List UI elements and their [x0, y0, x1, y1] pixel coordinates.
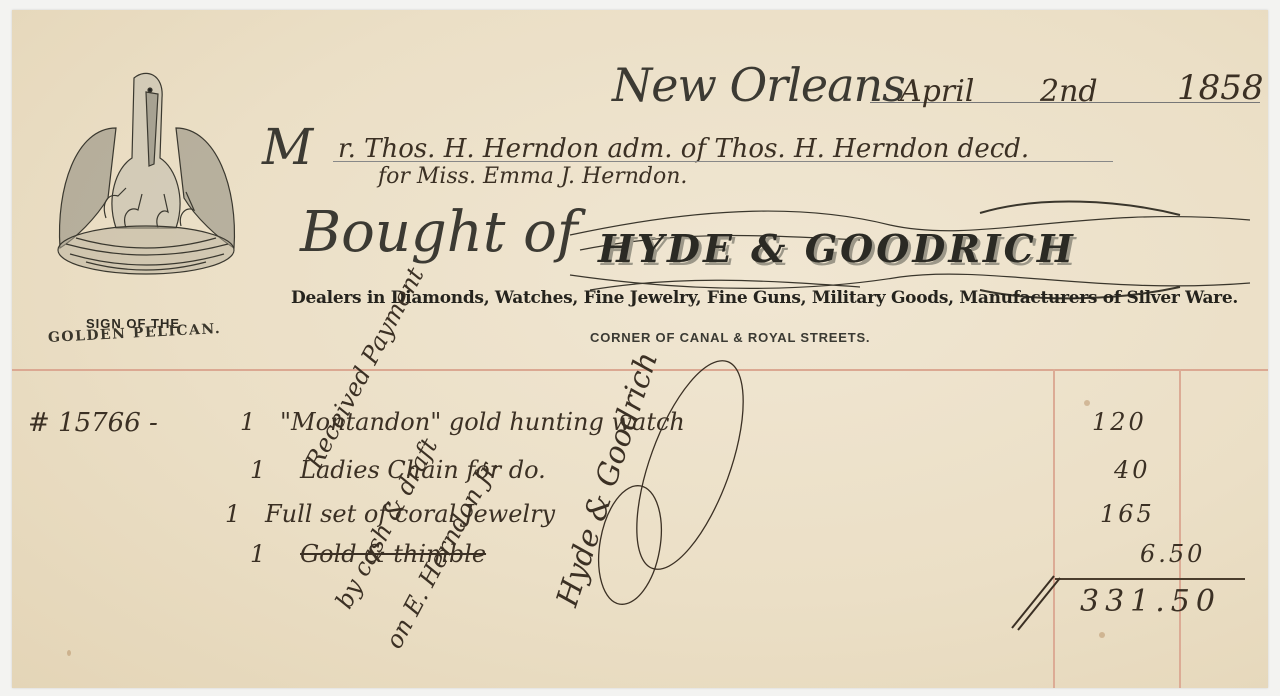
buyer-name-line2: for Miss. Emma J. Herndon.: [378, 164, 687, 189]
ledger-rule-dollars: [1053, 369, 1055, 688]
invoice-reference: # 15766 -: [28, 408, 158, 438]
bought-of-label: Bought of: [300, 200, 578, 265]
item-amount: 6.50: [1140, 540, 1205, 568]
item-amount: 120: [1092, 408, 1147, 436]
city-heading: New Orleans: [612, 58, 905, 112]
date-month: April: [900, 74, 974, 109]
ink-spot: [1084, 400, 1090, 406]
ledger-rule-cents: [1179, 369, 1181, 688]
pelican-feeding-chicks-icon: [46, 68, 246, 278]
firm-address: CORNER OF CANAL & ROYAL STREETS.: [590, 330, 870, 345]
item-qty: 1: [250, 456, 265, 484]
item-qty: 1: [240, 408, 255, 436]
ink-spot: [67, 650, 71, 656]
item-qty: 1: [225, 500, 240, 528]
buyer-name-line1: r. Thos. H. Herndon adm. of Thos. H. Her…: [338, 134, 1029, 164]
total-hash-mark-icon: [1008, 572, 1068, 632]
firm-name: HYDE & GOODRICH: [598, 226, 1076, 271]
item-qty: 1: [250, 540, 265, 568]
signature-flourish-icon: [570, 345, 770, 605]
buyer-prefix: M: [262, 118, 313, 176]
total-amount: 331.50: [1080, 584, 1221, 619]
date-year: 1858: [1177, 68, 1264, 108]
item-amount: 165: [1100, 500, 1155, 528]
ink-spot: [1099, 632, 1105, 638]
business-description: Dealers in Diamonds, Watches, Fine Jewel…: [291, 288, 1238, 308]
date-day: 2nd: [1040, 74, 1098, 109]
total-rule: [1055, 578, 1245, 580]
buyer-underline: [333, 161, 1113, 162]
item-amount: 40: [1114, 456, 1151, 484]
